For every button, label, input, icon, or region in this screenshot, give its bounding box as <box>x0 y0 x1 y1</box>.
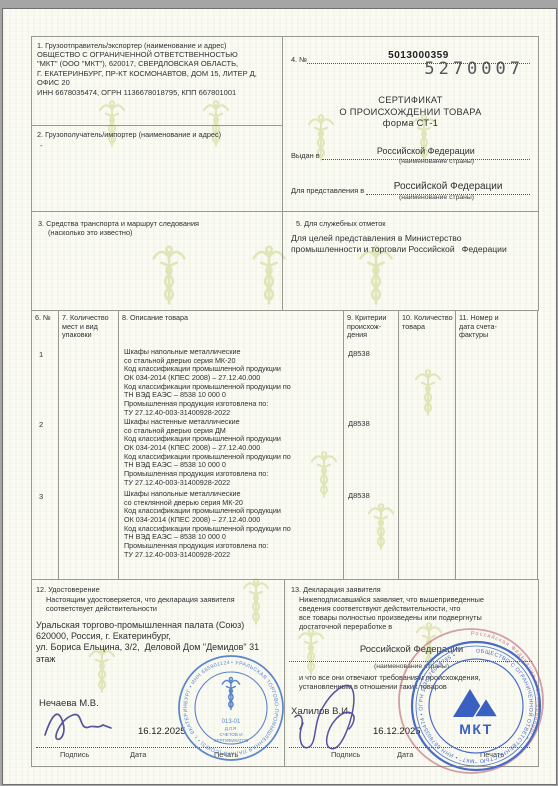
row1-invoice <box>456 345 537 415</box>
column-quantity: 10. Количество товара <box>399 311 456 579</box>
issued-in-value: Российской Федерации <box>377 146 475 156</box>
service-marks-value: Для целей представления в Министерство п… <box>291 233 507 255</box>
row2-criteria: Д8538 <box>344 415 398 487</box>
certificate-form-name: форма СТ-1 <box>283 118 538 130</box>
row1-quantity <box>399 345 455 415</box>
header-criteria: 9. Критерии происхож- дения <box>344 311 398 345</box>
transport-subtitle: (насколько это известно) <box>38 228 276 237</box>
header-invoice: 11. Номер и дата счета- фактуры <box>456 311 537 345</box>
column-description: 8. Описание товара Шкафы напольные метал… <box>119 311 344 579</box>
row1-number: 1 <box>32 345 58 415</box>
blank-serial-number: 5270007 <box>424 59 524 79</box>
stamp-label: Печать <box>480 750 504 759</box>
certificate-page: 1. Грузоотправитель/экспортер (наименова… <box>2 8 557 785</box>
consignor-title: 1. Грузоотправитель/экспортер (наименова… <box>37 41 277 50</box>
signature-line <box>289 746 530 748</box>
consignee-box: 2. Грузополучатель/импортер (наименовани… <box>31 125 283 212</box>
row1-criteria: Д8538 <box>344 345 398 415</box>
presented-in-row: Для представления в Российской Федерации <box>291 176 530 195</box>
certificate-title-line2: О ПРОИСХОЖДЕНИИ ТОВАРА <box>283 107 538 119</box>
declaration-country-hint: (наименование страны) <box>285 663 538 670</box>
consignee-value: - <box>37 141 277 150</box>
row2-number: 2 <box>32 415 58 487</box>
signature-label: Подпись <box>60 750 89 759</box>
consignor-box: 1. Грузоотправитель/экспортер (наименова… <box>31 36 283 126</box>
declaration-statement2: и что все они отвечают требованиям проис… <box>299 673 481 691</box>
declaration-date: 16.12.2025 <box>373 726 421 737</box>
certification-box: 12. Удостоверение Настоящим удостоверяет… <box>31 579 285 767</box>
column-number: 6. № 1 2 3 <box>32 311 59 579</box>
row1-description: Шкафы напольные металлические со стально… <box>119 345 343 415</box>
row3-invoice <box>456 487 537 579</box>
row2-description: Шкафы настенные металлические со стально… <box>119 415 343 487</box>
certificate-form: 1. Грузоотправитель/экспортер (наименова… <box>31 36 539 767</box>
certification-date: 16.12.2025 <box>138 726 186 737</box>
declaration-signer: Халилов В.И. <box>291 706 351 717</box>
date-label: Дата <box>397 750 413 759</box>
service-marks-box: 5. Для служебных отметок Для целей предс… <box>282 211 539 311</box>
certification-organization: Уральская торгово-промышленная палата (С… <box>36 620 259 665</box>
certification-title: 12. Удостоверение <box>36 585 100 594</box>
row3-criteria: Д8538 <box>344 487 398 579</box>
row2-packages <box>59 415 118 487</box>
row2-quantity <box>399 415 455 487</box>
country-line <box>289 660 532 662</box>
issued-in-hint: (наименование страны) <box>343 158 530 165</box>
consignor-value: ОБЩЕСТВО С ОГРАНИЧЕННОЙ ОТВЕТСТВЕННОСТЬЮ… <box>37 50 277 97</box>
header-quantity: 10. Количество товара <box>399 311 455 345</box>
row3-quantity <box>399 487 455 579</box>
signature-line <box>36 746 278 748</box>
declaration-statement: Нижеподписавшийся заявляет, что вышеприв… <box>299 595 484 631</box>
row2-invoice <box>456 415 537 487</box>
row1-packages <box>59 345 118 415</box>
column-criteria: 9. Критерии происхож- дения Д8538 Д8538 … <box>344 311 399 579</box>
declaration-box: 13. Декларация заявителя Нижеподписавший… <box>284 579 539 767</box>
stamp-label: Печать <box>214 750 238 759</box>
certificate-title-line1: СЕРТИФИКАТ <box>283 95 538 107</box>
row3-description: Шкафы напольные металлические со стеклян… <box>119 487 343 579</box>
transport-box: 3. Средства транспорта и маршрут следова… <box>31 211 283 311</box>
header-number: 6. № <box>32 311 58 345</box>
header-packages: 7. Количество мест и вид упаковки <box>59 311 118 345</box>
certificate-header-box: 4. № 5013000359 5270007 СЕРТИФИКАТ О ПРО… <box>282 36 539 212</box>
issued-in-label: Выдан в <box>291 151 322 160</box>
consignee-title: 2. Грузополучатель/импортер (наименовани… <box>37 130 277 139</box>
row3-number: 3 <box>32 487 58 579</box>
transport-title: 3. Средства транспорта и маршрут следова… <box>38 219 276 228</box>
presented-in-value: Российской Федерации <box>394 181 503 192</box>
date-label: Дата <box>130 750 146 759</box>
certification-statement: Настоящим удостоверяется, что декларация… <box>46 595 235 613</box>
declaration-country: Российской Федерации <box>285 644 538 655</box>
service-marks-title: 5. Для служебных отметок <box>296 219 386 228</box>
goods-table: 6. № 1 2 3 7. Количество мест и вид упак… <box>31 310 538 580</box>
row3-packages <box>59 487 118 579</box>
signature-label: Подпись <box>331 750 360 759</box>
certification-signer: Нечаева М.В. <box>39 698 99 709</box>
presented-in-hint: (наименование страны) <box>343 194 530 201</box>
declaration-title: 13. Декларация заявителя <box>291 585 381 594</box>
certificate-number-label: 4. № <box>291 55 307 64</box>
column-packages: 7. Количество мест и вид упаковки <box>59 311 119 579</box>
certificate-title: СЕРТИФИКАТ О ПРОИСХОЖДЕНИИ ТОВАРА форма … <box>283 95 538 130</box>
header-description: 8. Описание товара <box>119 311 343 345</box>
column-invoice: 11. Номер и дата счета- фактуры <box>456 311 537 579</box>
